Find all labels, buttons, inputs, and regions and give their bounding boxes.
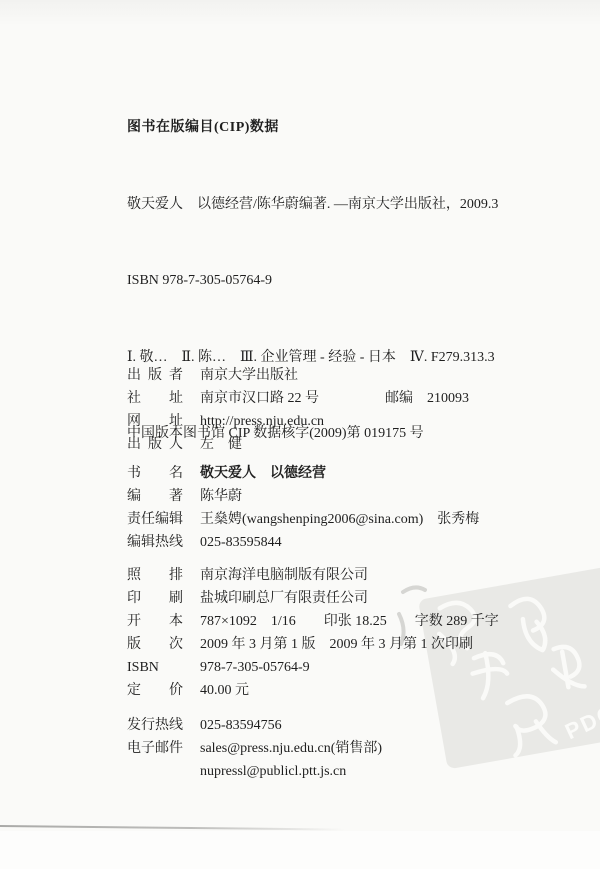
colophon-row-price: 定价40.00 元 xyxy=(127,679,587,702)
colophon-row-editor-hotline: 编辑热线025-83595844 xyxy=(127,531,587,554)
colophon-row-format: 开本787×1092 1/16 印张 18.25 字数 289 千字 xyxy=(127,610,587,633)
row-label: 电子邮件 xyxy=(127,737,183,760)
row-value: 2009 年 3 月第 1 版 2009 年 3 月第 1 次印刷 xyxy=(200,633,473,656)
colophon-row-book-title: 书名敬天爱人 以德经营 xyxy=(127,462,587,485)
cip-isbn-line: ISBN 978-7-305-05764-9 xyxy=(127,268,557,294)
row-label: 发行热线 xyxy=(127,714,183,737)
row-label: 开本 xyxy=(127,610,183,633)
row-label: ISBN xyxy=(127,656,183,679)
scan-top-shadow xyxy=(0,0,600,26)
cip-heading: 图书在版编目(CIP)数据 xyxy=(127,115,557,141)
row-value: 王燊娉(wangshenping2006@sina.com) 张秀梅 xyxy=(200,508,479,531)
colophon-row-printing: 印刷盐城印刷总厂有限责任公司 xyxy=(127,587,587,610)
row-value: nupressl@publicl.ptt.js.cn xyxy=(200,760,346,783)
row-value: 40.00 元 xyxy=(200,679,249,702)
row-value: 南京大学出版社 xyxy=(200,364,298,387)
postcode: 邮编 210093 xyxy=(385,387,469,410)
row-label: 社址 xyxy=(127,387,183,410)
colophon-row-website: 网址http://press.nju.edu.cn xyxy=(127,410,587,433)
row-value: 787×1092 1/16 印张 18.25 字数 289 千字 xyxy=(200,610,499,633)
row-value: 南京海洋电脑制版有限公司 xyxy=(200,564,368,587)
row-label: 编著 xyxy=(127,485,183,508)
cip-title-line: 敬天爱人 以德经营/陈华蔚编著. —南京大学出版社，2009.3 xyxy=(127,192,557,218)
row-value: 025-83594756 xyxy=(200,714,282,737)
row-value: 敬天爱人 以德经营 xyxy=(200,462,326,485)
page-edge-line xyxy=(0,825,345,830)
row-label: 网址 xyxy=(127,410,183,433)
row-value: http://press.nju.edu.cn xyxy=(200,410,324,433)
colophon-row-publisher: 出版者南京大学出版社 xyxy=(127,364,587,387)
row-label: 编辑热线 xyxy=(127,531,183,554)
row-label: 出版人 xyxy=(127,433,183,456)
colophon-row-typesetting: 照排南京海洋电脑制版有限公司 xyxy=(127,564,587,587)
row-value: 盐城印刷总厂有限责任公司 xyxy=(200,587,368,610)
colophon-row-email-sales: 电子邮件sales@press.nju.edu.cn(销售部) xyxy=(127,737,587,760)
colophon-block: 出版者南京大学出版社 社址南京市汉口路 22 号 邮编 210093 网址htt… xyxy=(127,364,587,783)
row-value: 978-7-305-05764-9 xyxy=(200,656,310,679)
row-label: 出版者 xyxy=(127,364,183,387)
colophon-row-sales-hotline: 发行热线025-83594756 xyxy=(127,714,587,737)
row-label: 书名 xyxy=(127,462,183,485)
colophon-row-isbn: ISBN978-7-305-05764-9 xyxy=(127,656,587,679)
row-label: 印刷 xyxy=(127,587,183,610)
scanner-bed-area xyxy=(0,831,600,869)
row-label: 责任编辑 xyxy=(127,508,183,531)
row-value: sales@press.nju.edu.cn(销售部) xyxy=(200,737,382,760)
colophon-row-edition: 版次2009 年 3 月第 1 版 2009 年 3 月第 1 次印刷 xyxy=(127,633,587,656)
colophon-row-email-press: nupressl@publicl.ptt.js.cn xyxy=(127,760,587,783)
row-value: 025-83595844 xyxy=(200,531,282,554)
row-value: 陈华蔚 xyxy=(200,485,242,508)
row-value: 左 健 xyxy=(200,433,242,456)
row-label: 定价 xyxy=(127,679,183,702)
colophon-row-publisher-person: 出版人左 健 xyxy=(127,433,587,456)
colophon-row-author: 编著陈华蔚 xyxy=(127,485,587,508)
row-label: 照排 xyxy=(127,564,183,587)
row-value: 南京市汉口路 22 号 xyxy=(200,387,319,410)
colophon-row-editor: 责任编辑王燊娉(wangshenping2006@sina.com) 张秀梅 xyxy=(127,508,587,531)
scanned-copyright-page: PDG 图书在版编目(CIP)数据 敬天爱人 以德经营/陈华蔚编著. —南京大学… xyxy=(0,0,600,869)
row-label: 版次 xyxy=(127,633,183,656)
colophon-row-address: 社址南京市汉口路 22 号 邮编 210093 xyxy=(127,387,587,410)
